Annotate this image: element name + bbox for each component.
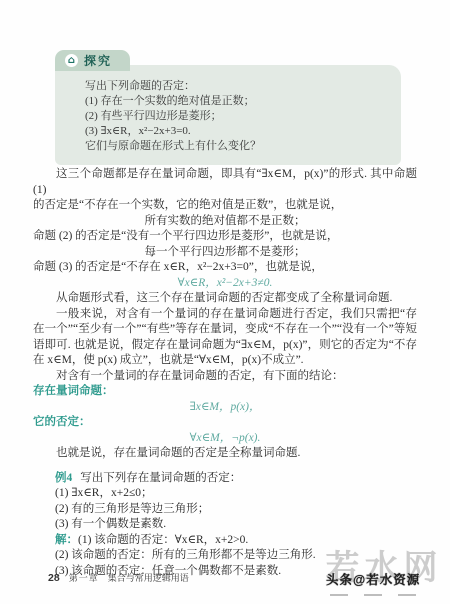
negation-formula: ∀x∈M，¬p(x).: [33, 431, 417, 447]
page-number: 28: [48, 572, 60, 584]
negation-label: 它的否定：: [33, 415, 417, 431]
explore-item-2: (2) 有些平行四边形是菱形；: [85, 109, 387, 124]
centered-statement: 每一个平行四边形都不是菱形；: [33, 245, 417, 261]
example-title-line: 例4写出下列存在量词命题的否定：: [55, 471, 417, 487]
paragraph-line: 命题 (2) 的否定是“没有一个平行四边形是菱形”，也就是说，: [33, 229, 417, 245]
explore-tab-label: 探究: [84, 52, 112, 69]
paragraph-line: 对含有一个量词的存在量词命题的否定，有下面的结论：: [33, 369, 417, 385]
example-item-3: (3) 有一个偶数是素数.: [55, 517, 417, 533]
paragraph-line: 这三个命题都是存在量词命题，即具有“∃x∈M，p(x)”的形式. 其中命题 (1…: [33, 167, 417, 198]
explore-item-3: (3) ∃x∈R，x²−2x+3=0.: [85, 124, 387, 139]
paragraph: 一般来说，对含有一个量词的存在量词命题进行否定，我们只需把“存在一个”“至少有一…: [33, 307, 417, 369]
example-item-2: (2) 有的三角形是等边三角形；: [55, 502, 417, 518]
example-title: 写出下列存在量词命题的否定：: [80, 472, 241, 484]
paragraph-line: 从命题形式看，这三个存在量词命题的否定都变成了全称量词命题.: [33, 291, 417, 307]
watermark-overlay-text: 头条@若水资源: [326, 570, 420, 588]
centered-statement: 所有实数的绝对值都不是正数；: [33, 214, 417, 230]
explore-box: ⌂ 探究 写出下列命题的否定： (1) 存在一个实数的绝对值是正数； (2) 有…: [55, 50, 401, 165]
solution-tag: 解：: [55, 534, 78, 546]
main-text: 这三个命题都是存在量词命题，即具有“∃x∈M，p(x)”的形式. 其中命题 (1…: [33, 167, 417, 579]
textbook-page: ⌂ 探究 写出下列命题的否定： (1) 存在一个实数的绝对值是正数； (2) 有…: [0, 0, 450, 604]
page-footer: 28 第一章 集合与常用逻辑用语: [48, 571, 189, 584]
watermark-underline-marks: [330, 594, 416, 596]
solution-line-1: 解：(1) 该命题的否定：∀x∈R，x+2>0.: [55, 533, 417, 549]
conclusion-line: 也就是说，存在量词命题的否定是全称量词命题.: [33, 446, 417, 462]
existential-formula: ∃x∈M，p(x)，: [33, 400, 417, 416]
paragraph-line: 命题 (3) 的否定是“不存在 x∈R，x²−2x+3=0”，也就是说，: [33, 260, 417, 276]
existential-proposition-label: 存在量词命题：: [33, 384, 417, 400]
centered-formula: ∀x∈R，x²−2x+3≠0.: [33, 276, 417, 292]
solution-text-1: (1) 该命题的否定：∀x∈R，x+2>0.: [78, 534, 248, 546]
chapter-label: 第一章: [69, 571, 99, 584]
book-title: 集合与常用逻辑用语: [108, 571, 189, 584]
paragraph-line: 的否定是“不存在一个实数，它的绝对值是正数”，也就是说，: [33, 198, 417, 214]
example-tag: 例4: [55, 472, 72, 484]
explore-panel: 写出下列命题的否定： (1) 存在一个实数的绝对值是正数； (2) 有些平行四边…: [55, 65, 401, 165]
explore-tab: ⌂ 探究: [55, 50, 130, 71]
watermark: 若水网 头条@若水资源: [320, 548, 448, 604]
explore-item-1: (1) 存在一个实数的绝对值是正数；: [85, 94, 387, 109]
explore-house-icon: ⌂: [65, 54, 78, 67]
explore-prompt: 写出下列命题的否定：: [85, 79, 387, 94]
example-item-1: (1) ∃x∈R，x+2≤0；: [55, 486, 417, 502]
explore-question: 它们与原命题在形式上有什么变化？: [85, 139, 387, 154]
